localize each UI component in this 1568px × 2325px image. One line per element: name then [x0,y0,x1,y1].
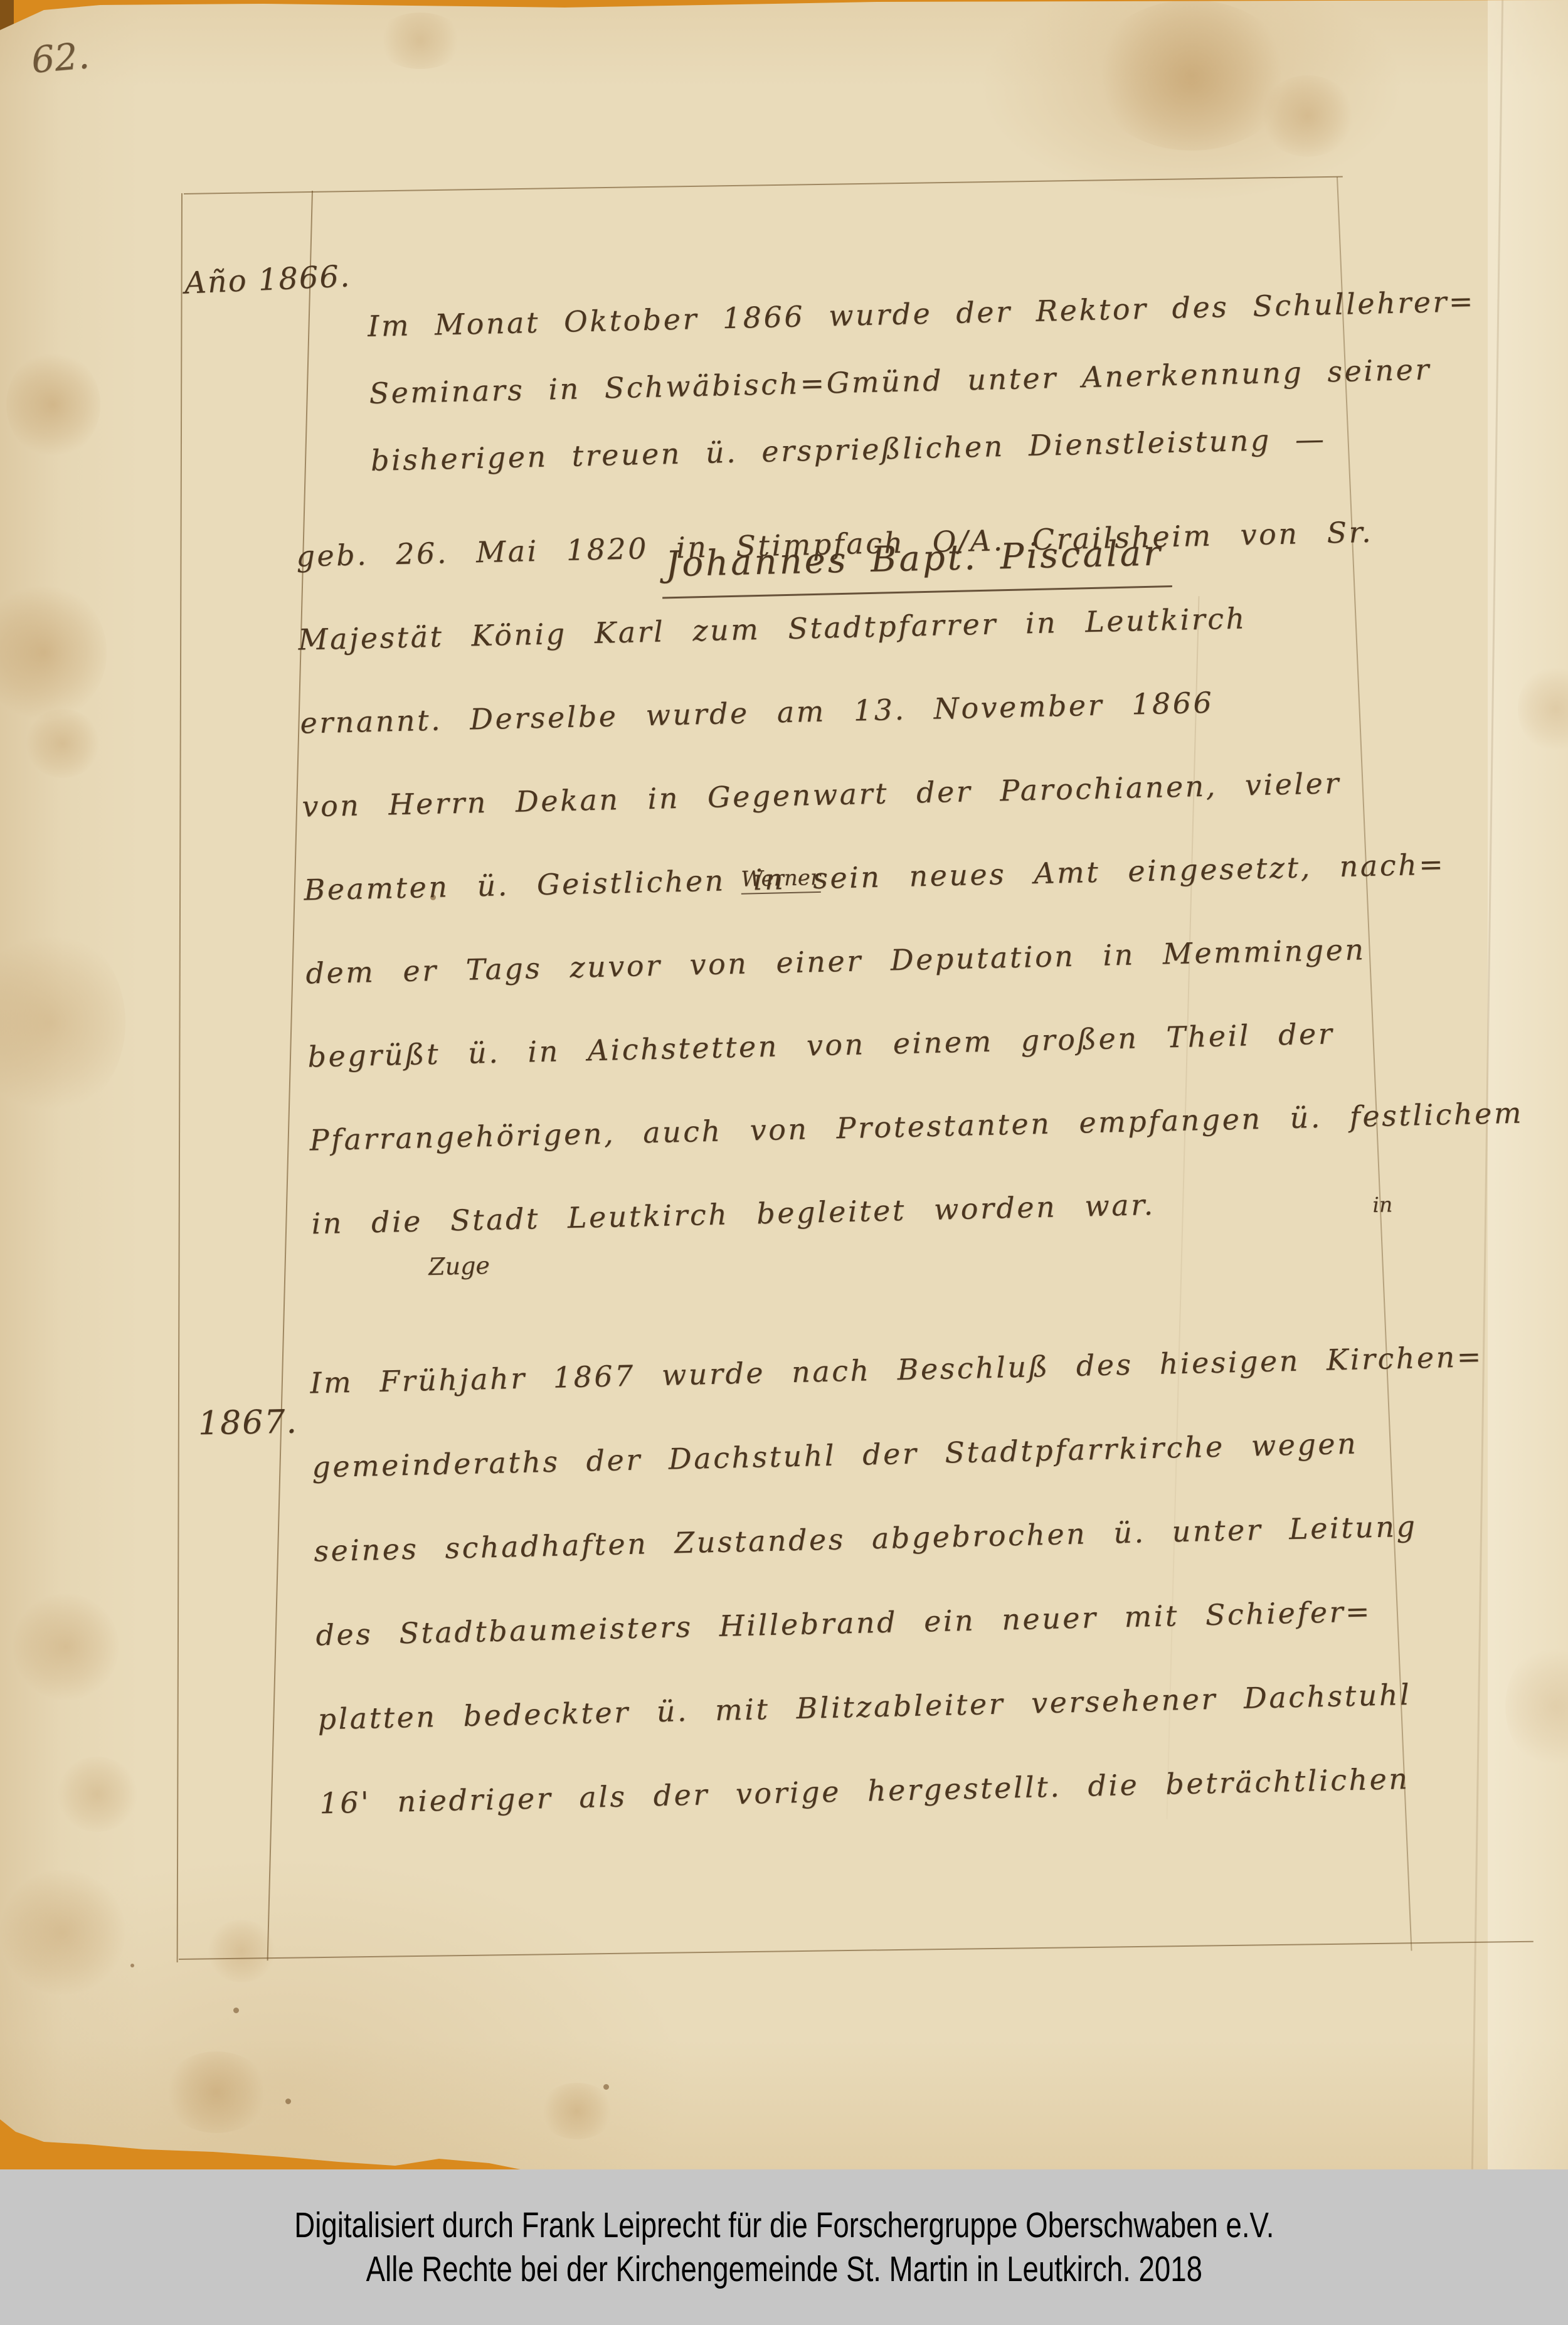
stain [1091,0,1292,151]
stain [163,2051,270,2133]
stain [0,928,125,1117]
interlinear-insertion-in: in [1372,1192,1393,1217]
frame-left-line [177,193,183,1962]
paper-page: 62. Año 1866. 1867. Im Monat Oktober 186… [0,0,1568,2169]
stain [207,1920,276,1982]
ink-speck [285,2099,291,2104]
page-number: 62. [29,34,91,82]
footer-credit-line-1: Digitalisiert durch Frank Leiprecht für … [294,2205,1274,2245]
footer-credit-line-2: Alle Rechte bei der Kirchengemeinde St. … [366,2249,1202,2289]
scanned-church-register-page: 62. Año 1866. 1867. Im Monat Oktober 186… [0,0,1568,2325]
margin-note-1867: 1867. [198,1403,298,1443]
interlinear-insertion-werner: Werner [741,865,821,895]
interlinear-catchword-zuge: Zuge [428,1252,490,1280]
frame-bottom-line [179,1941,1534,1960]
ink-speck [233,2008,239,2013]
paragraph-1866-intro: Im Monat Oktober 1866 wurde der Rektor d… [285,267,1544,496]
stain [6,351,100,458]
stain [0,1870,125,1995]
stain [376,13,464,69]
stain [1261,75,1355,157]
paragraph-1866-body: geb. 26. Mai 1820 in Stimpfach O/A. Crai… [290,487,1562,1266]
stain [56,1757,138,1832]
frame-top-line [184,176,1343,194]
ink-speck [130,1964,134,1967]
stain [25,709,100,778]
footer-bar: Digitalisiert durch Frank Leiprecht für … [0,2169,1568,2325]
stain [0,583,107,721]
stain [13,1593,119,1700]
stain [539,2083,615,2139]
manuscript-text-block: Im Monat Oktober 1866 wurde der Rektor d… [285,267,1568,1846]
paragraph-1867: Im Frühjahr 1867 wurde nach Beschluß des… [309,1312,1568,1845]
ink-speck [603,2084,609,2090]
